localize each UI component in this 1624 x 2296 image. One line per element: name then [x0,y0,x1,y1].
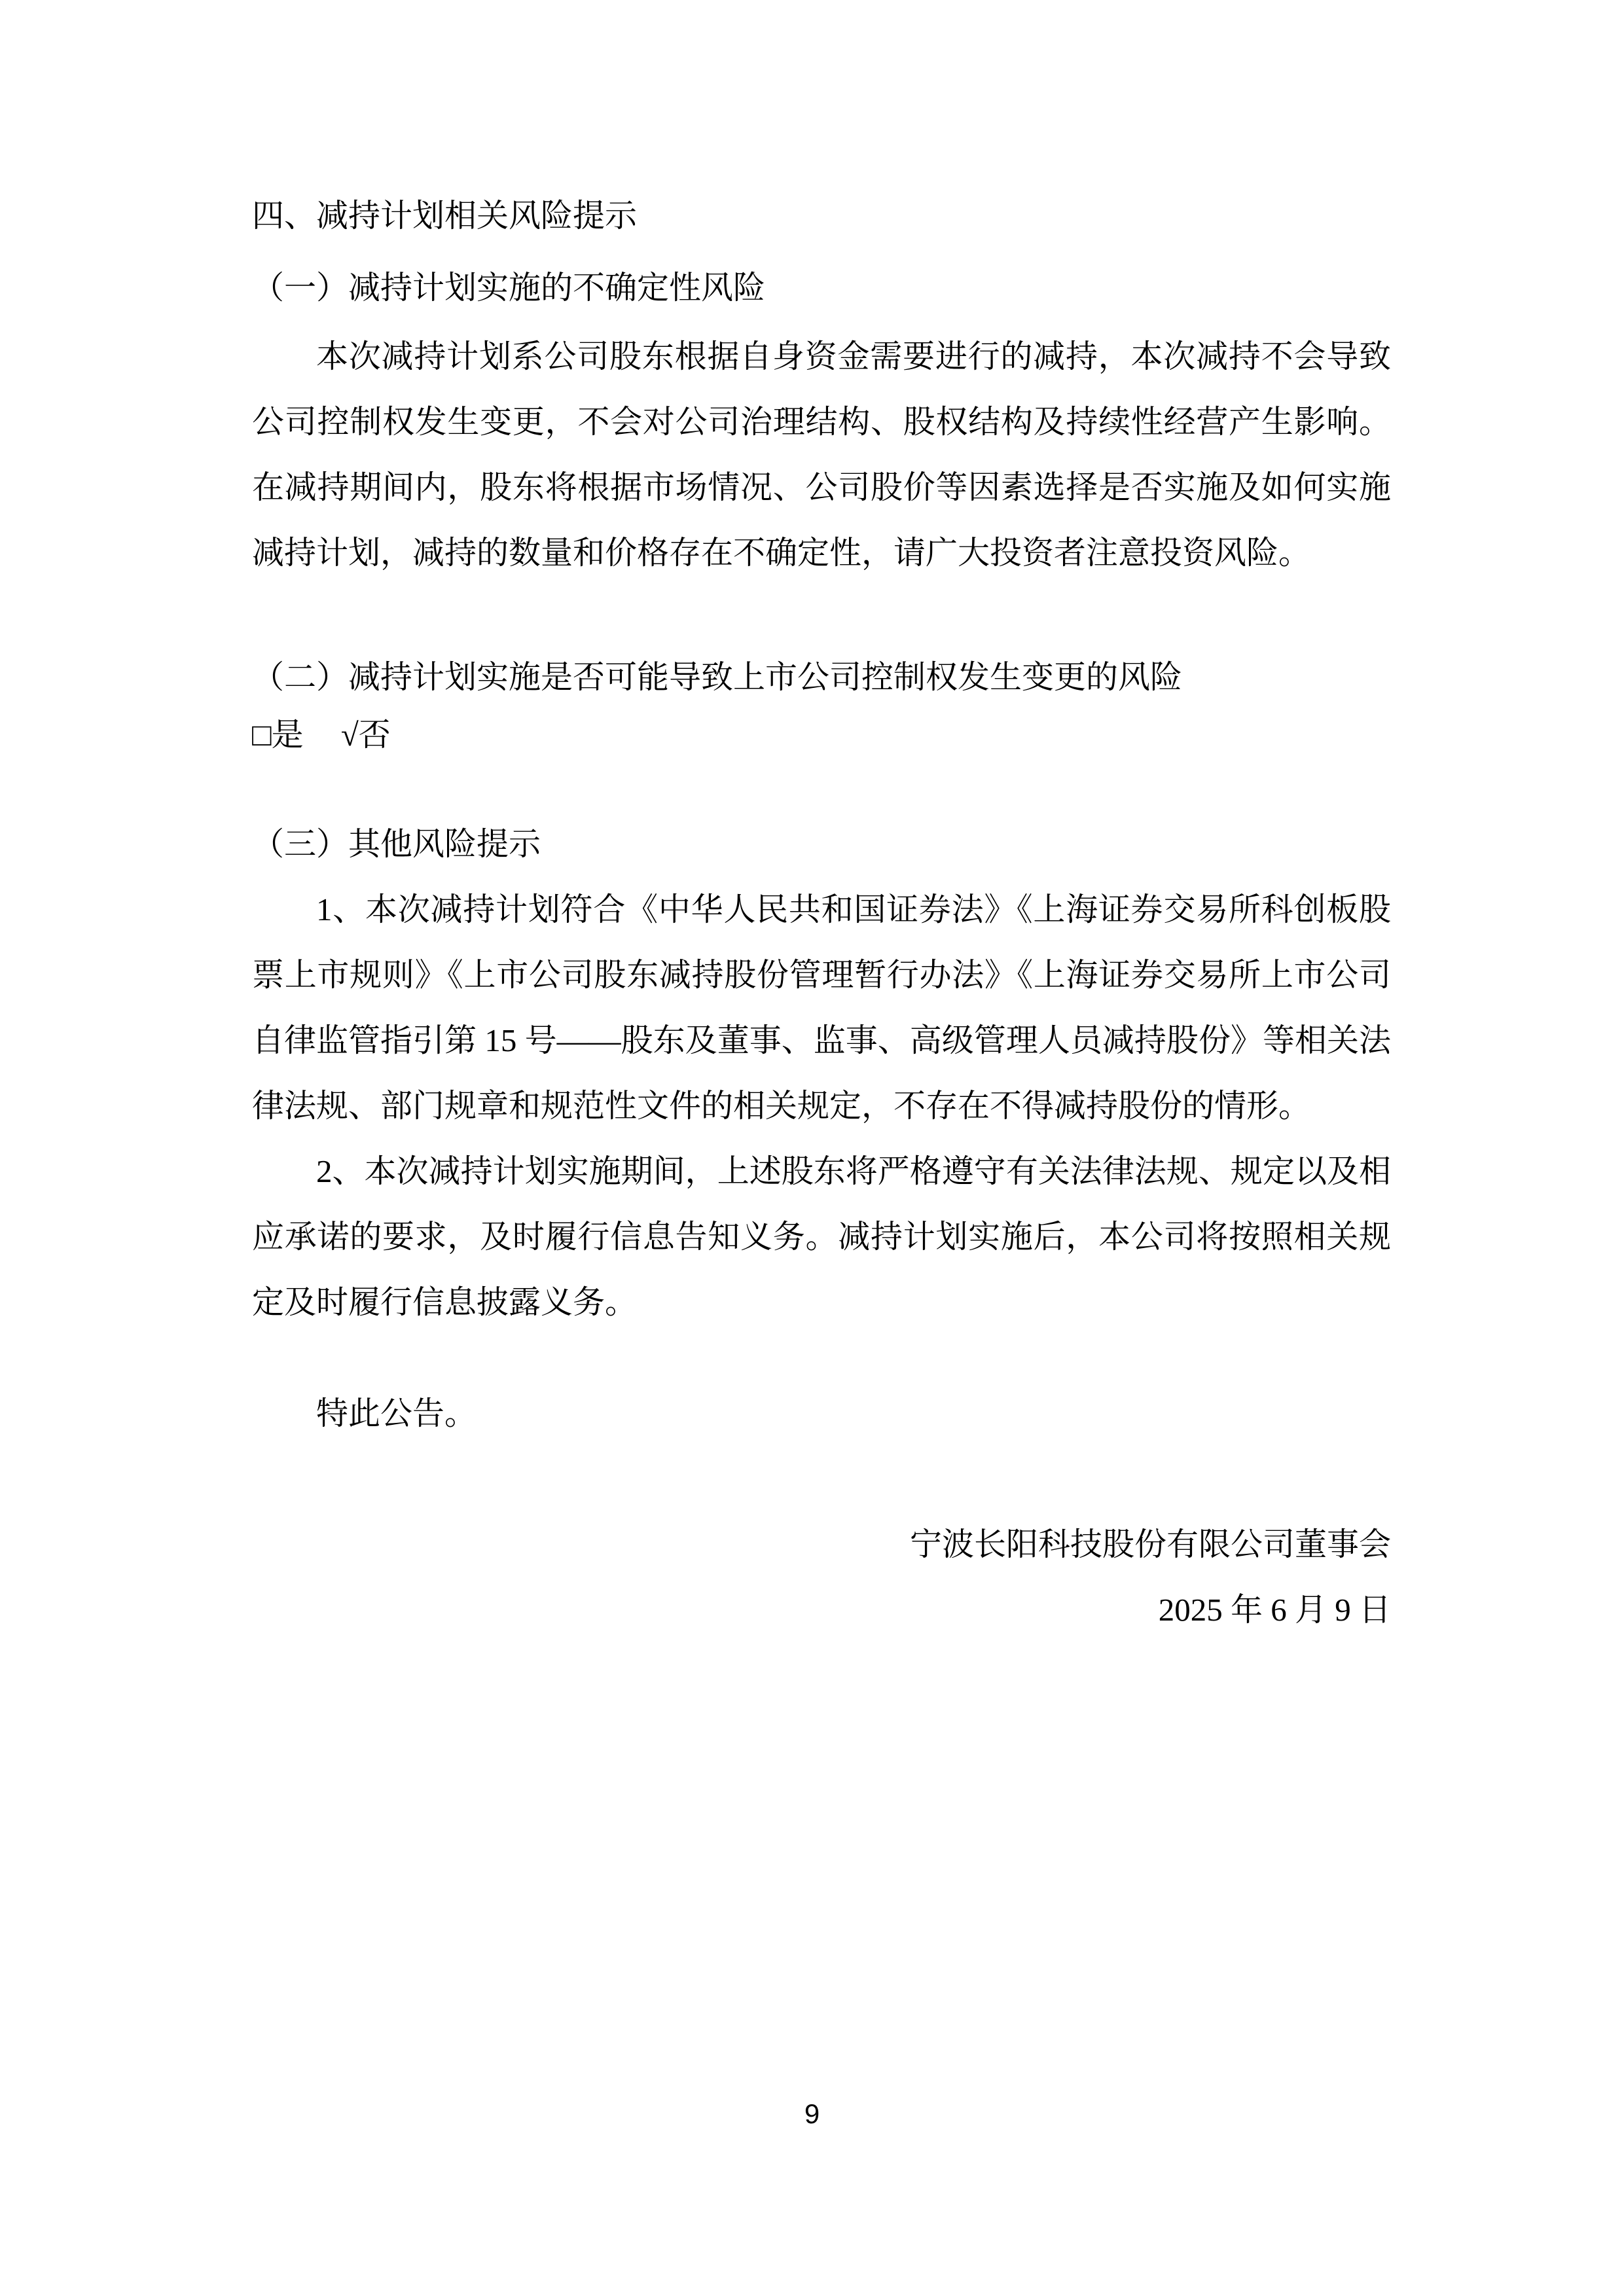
subsection-1-paragraph: 本次减持计划系公司股东根据自身资金需要进行的减持，本次减持不会导致公司控制权发生… [252,324,1391,586]
section-4-heading: 四、减持计划相关风险提示 [252,183,1391,249]
subsection-2-heading: （二）减持计划实施是否可能导致上市公司控制权发生变更的风险 [252,645,1391,710]
signature-date: 2025 年 6 月 9 日 [252,1577,1391,1643]
subsection-3-heading: （三）其他风险提示 [252,812,1391,877]
document-page: 四、减持计划相关风险提示 （一）减持计划实施的不确定性风险 本次减持计划系公司股… [0,0,1624,2296]
closing-statement: 特此公告。 [252,1381,1391,1446]
subsection-3-paragraph-2: 2、本次减持计划实施期间，上述股东将严格遵守有关法律法规、规定以及相应承诺的要求… [252,1139,1391,1335]
subsection-1-heading: （一）减持计划实施的不确定性风险 [252,255,1391,321]
subsection-3-paragraph-1: 1、本次减持计划符合《中华人民共和国证券法》《上海证券交易所科创板股票上市规则》… [252,877,1391,1139]
document-body: 四、减持计划相关风险提示 （一）减持计划实施的不确定性风险 本次减持计划系公司股… [252,183,1391,1643]
checkbox-yes-label: □是 [252,717,304,753]
control-change-options: □是 √否 [252,710,1391,759]
page-number: 9 [0,2098,1624,2130]
checkbox-no-label: √否 [341,717,391,753]
signature-company: 宁波长阳科技股份有限公司董事会 [252,1512,1391,1577]
